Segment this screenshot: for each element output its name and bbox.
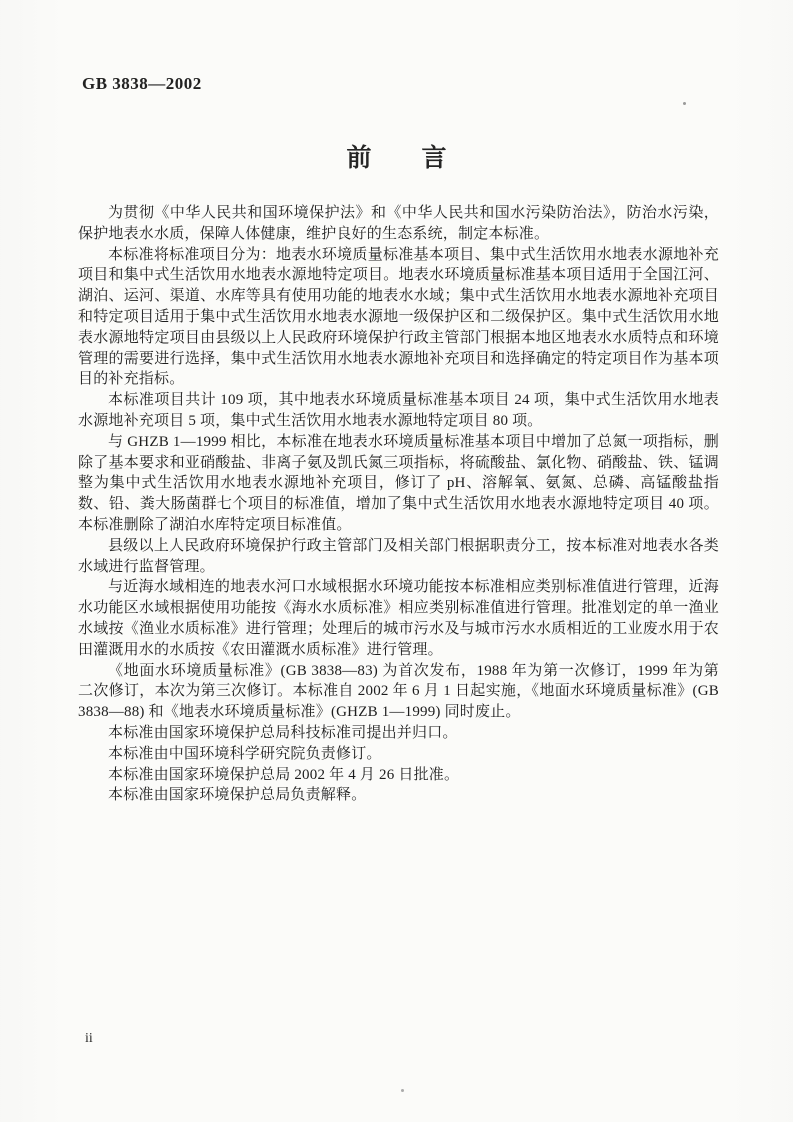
scan-speck	[401, 1089, 404, 1092]
foreword-paragraph: 本标准由中国环境科学研究院负责修订。	[78, 744, 719, 765]
foreword-paragraph: 本标准由国家环境保护总局科技标准司提出并归口。	[78, 723, 719, 744]
foreword-paragraph: 县级以上人民政府环境保护行政主管部门及相关部门根据职责分工，按本标准对地表水各类…	[78, 536, 719, 578]
foreword-paragraph: 与 GHZB 1—1999 相比，本标准在地表水环境质量标准基本项目中增加了总氮…	[78, 432, 719, 536]
foreword-paragraph: 为贯彻《中华人民共和国环境保护法》和《中华人民共和国水污染防治法》，防治水污染，…	[78, 203, 719, 245]
foreword-title: 前 言	[0, 138, 793, 174]
standard-code: GB 3838—2002	[82, 74, 202, 94]
scanned-document-page: GB 3838—2002 前 言 为贯彻《中华人民共和国环境保护法》和《中华人民…	[0, 0, 793, 1122]
foreword-paragraph: 与近海水域相连的地表水河口水域根据水环境功能按本标准相应类别标准值进行管理，近海…	[78, 577, 719, 660]
foreword-body: 为贯彻《中华人民共和国环境保护法》和《中华人民共和国水污染防治法》，防治水污染，…	[78, 203, 719, 806]
foreword-paragraph: 本标准项目共计 109 项，其中地表水环境质量标准基本项目 24 项，集中式生活…	[78, 390, 719, 432]
page-number: ii	[85, 1031, 93, 1047]
foreword-paragraph: 本标准由国家环境保护总局负责解释。	[78, 785, 719, 806]
scan-speck	[683, 102, 686, 105]
foreword-paragraph: 《地面水环境质量标准》(GB 3838—83) 为首次发布，1988 年为第一次…	[78, 661, 719, 723]
foreword-paragraph: 本标准由国家环境保护总局 2002 年 4 月 26 日批准。	[78, 765, 719, 786]
foreword-paragraph: 本标准将标准项目分为：地表水环境质量标准基本项目、集中式生活饮用水地表水源地补充…	[78, 245, 719, 391]
